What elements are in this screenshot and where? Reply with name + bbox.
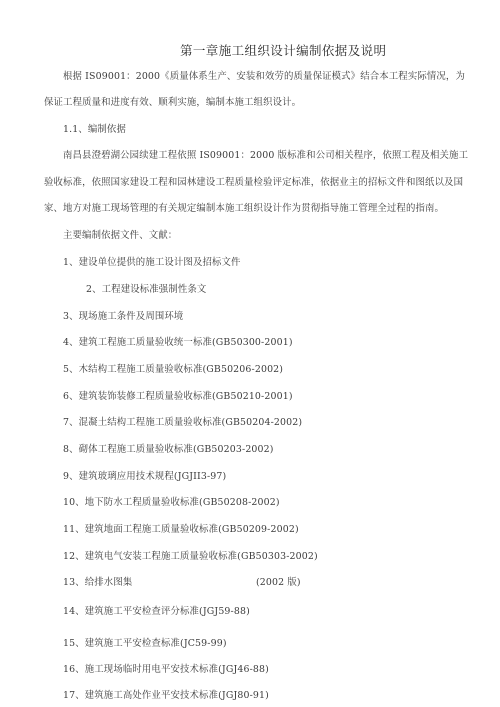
list-item-3: 3、现场施工条件及周围环境 <box>63 311 183 323</box>
list-item-15: 15、建筑施工平安检查标准(JC59-99) <box>63 638 227 650</box>
list-item-7: 7、混凝土结构工程施工质量验收标准(GB50204-2002) <box>63 417 302 429</box>
basis-line-3: 家、地方对施工现场管理的有关规定编制本施工组织设计作为贯彻指导施工管理全过程的指… <box>44 203 444 215</box>
list-item-12: 12、建筑电气安装工程施工质量验收标准(GB50303-2002) <box>63 551 318 563</box>
list-item-11: 11、建筑地面工程施工质量验收标准(GB50209-2002) <box>63 524 299 536</box>
list-item-8: 8、砌体工程施工质量验收标准(GB50203-2002) <box>63 444 274 456</box>
section-heading: 1.1、编制依据 <box>63 124 126 136</box>
list-item-1: 1、建设单位提供的施工设计图及招标文件 <box>63 257 241 269</box>
list-item-17: 17、建筑施工高处作业平安技术标准(JGJ80-91) <box>63 690 269 702</box>
basis-line-2: 验收标准，依照国家建设工程和园林建设工程质量检验评定标准，依据业主的招标文件和图… <box>44 177 463 189</box>
basis-line-1: 南昌县澄碧湖公园续建工程依照 IS09001：2000 版标准和公司相关程序，依… <box>63 150 468 162</box>
list-item-9: 9、建筑玻璃应用技术规程(JGJII3-97) <box>63 471 226 483</box>
list-item-16: 16、施工现场临时用电平安技术标准(JGJ46-88) <box>63 664 269 676</box>
list-intro: 主要编制依据文件、文献： <box>63 230 177 242</box>
list-item-4: 4、建筑工程施工质量验收统一标准(GB50300-2001) <box>63 337 293 349</box>
intro-line-2: 保证工程质量和进度有效、顺利实施，编制本施工组织设计。 <box>44 97 301 109</box>
list-item-10: 10、地下防水工程质量验收标准(GB50208-2002) <box>63 497 280 509</box>
list-item-5: 5、木结构工程施工质量验收标准(GB50206-2002) <box>63 364 283 376</box>
document-page: 第一章施工组织设计编制依据及说明 根据 IS09001：2000《质量体系生产、… <box>0 0 500 707</box>
list-item-6: 6、建筑装饰装修工程质量验收标准(GB50210-2001) <box>63 391 293 403</box>
list-item-2: 2、工程建设标准强制性条文 <box>86 284 206 296</box>
intro-line-1: 根据 IS09001：2000《质量体系生产、安装和效劳的质量保证模式》结合本工… <box>63 71 465 83</box>
list-item-13: 13、给排水图集 <box>63 577 132 589</box>
list-item-14: 14、建筑施工平安检查评分标准(JGJ59-88) <box>63 606 250 618</box>
list-item-13-edition: (2002 版) <box>256 577 301 589</box>
chapter-title: 第一章施工组织设计编制依据及说明 <box>180 43 386 59</box>
